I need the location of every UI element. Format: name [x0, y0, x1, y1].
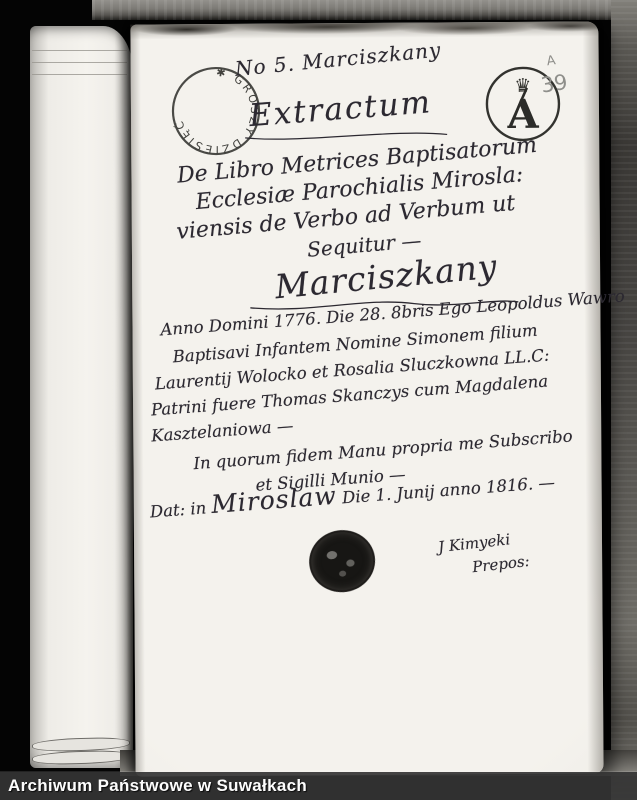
- folded-pages-stack: [30, 26, 133, 768]
- document-page: ✱ GROSZY DZIESIĘĆ ♛ A A 39 No 5. Marcisz…: [130, 21, 603, 776]
- signature-name: J Kimyeki: [437, 530, 511, 556]
- dateline-suffix: Die 1. Junij anno 1816. —: [336, 473, 555, 508]
- book-fore-edge: [611, 0, 637, 800]
- page-crease: [32, 74, 127, 75]
- dateline-prefix: Dat: in: [149, 498, 212, 521]
- background-cloth-top: [92, 0, 637, 20]
- monogram-extra-stroke: [510, 88, 527, 126]
- wax-seal: [305, 526, 379, 597]
- document-number-line: No 5. Marciszkany: [234, 38, 442, 81]
- pencil-note-number: 39: [539, 70, 569, 98]
- page-right-shade: [582, 21, 603, 773]
- fee-stamp-ring: [173, 68, 260, 155]
- dateline-place: Miroslaw: [210, 481, 338, 519]
- pencil-note-letter: A: [546, 53, 557, 69]
- archive-caption: Archiwum Państwowe w Suwałkach: [0, 776, 307, 796]
- body-line: Kasztelaniowa —: [151, 416, 294, 445]
- document-title: Extractum: [248, 84, 433, 134]
- signature-title: Prepos:: [471, 552, 530, 576]
- page-crease: [32, 50, 127, 51]
- archive-caption-bar: Archiwum Państwowe w Suwałkach: [0, 772, 637, 800]
- crown-icon: ♛: [514, 75, 531, 97]
- page-crease: [32, 62, 127, 63]
- archival-photo: ✱ GROSZY DZIESIĘĆ ♛ A A 39 No 5. Marcisz…: [0, 0, 637, 800]
- page-top-stain: [130, 21, 598, 39]
